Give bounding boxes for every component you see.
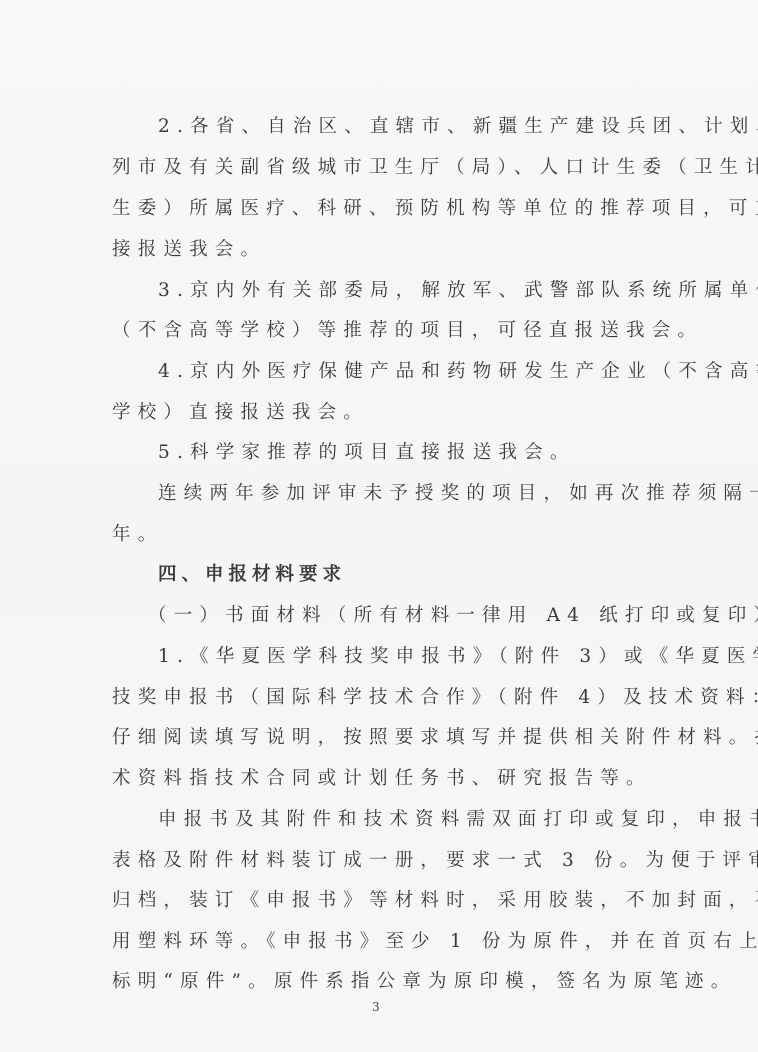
binding-paragraph-line-1: 申报书及其附件和技术资料需双面打印或复印，申报书 — [158, 800, 652, 840]
paragraph-2-line-1: 2.各省、自治区、直辖市、新疆生产建设兵团、计划单 — [158, 107, 652, 147]
binding-paragraph-line-2: 表格及附件材料装订成一册，要求一式 3 份。为便于评审及 — [112, 841, 652, 881]
item-1-line-4: 术资料指技术合同或计划任务书、研究报告等。 — [112, 759, 652, 799]
paragraph-4-line-2: 学校）直接报送我会。 — [112, 393, 652, 433]
item-1-line-1: 1.《华夏医学科技奖申报书》（附件 3）或《华夏医学科 — [158, 637, 652, 677]
paragraph-2-line-4: 接报送我会。 — [112, 230, 652, 270]
binding-paragraph-line-3: 归档，装订《申报书》等材料时，采用胶装，不加封面，不 — [112, 881, 652, 921]
paragraph-4-line-1: 4.京内外医疗保健产品和药物研发生产企业（不含高等 — [158, 352, 652, 392]
binding-paragraph-line-5: 标明“原件”。原件系指公章为原印模，签名为原笔迹。 — [112, 962, 652, 1002]
paragraph-3-line-2: （不含高等学校）等推荐的项目，可径直报送我会。 — [112, 311, 652, 351]
document-page: 2.各省、自治区、直辖市、新疆生产建设兵团、计划单 列市及有关副省级城市卫生厅（… — [0, 0, 758, 1052]
paragraph-3-line-1: 3.京内外有关部委局，解放军、武警部队系统所属单位 — [158, 271, 652, 311]
subsection-heading: （一）书面材料（所有材料一律用 A4 纸打印或复印）： — [148, 596, 688, 636]
item-1-line-3: 仔细阅读填写说明，按照要求填写并提供相关附件材料。技 — [112, 718, 652, 758]
item-1-line-2: 技奖申报书（国际科学技术合作》（附件 4）及技术资料：请 — [112, 678, 652, 718]
paragraph-2-line-3: 生委）所属医疗、科研、预防机构等单位的推荐项目，可直 — [112, 189, 652, 229]
note-line-1: 连续两年参加评审未予授奖的项目，如再次推荐须隔一 — [158, 474, 652, 514]
note-line-2: 年。 — [112, 515, 652, 555]
binding-paragraph-line-4: 用塑料环等。《申报书》至少 1 份为原件，并在首页右上角 — [112, 922, 652, 962]
paragraph-5-line-1: 5.科学家推荐的项目直接报送我会。 — [158, 433, 652, 473]
page-number: 3 — [372, 1000, 380, 1014]
section-heading: 四、申报材料要求 — [158, 555, 652, 595]
paragraph-2-line-2: 列市及有关副省级城市卫生厅（局）、人口计生委（卫生计 — [112, 148, 652, 188]
